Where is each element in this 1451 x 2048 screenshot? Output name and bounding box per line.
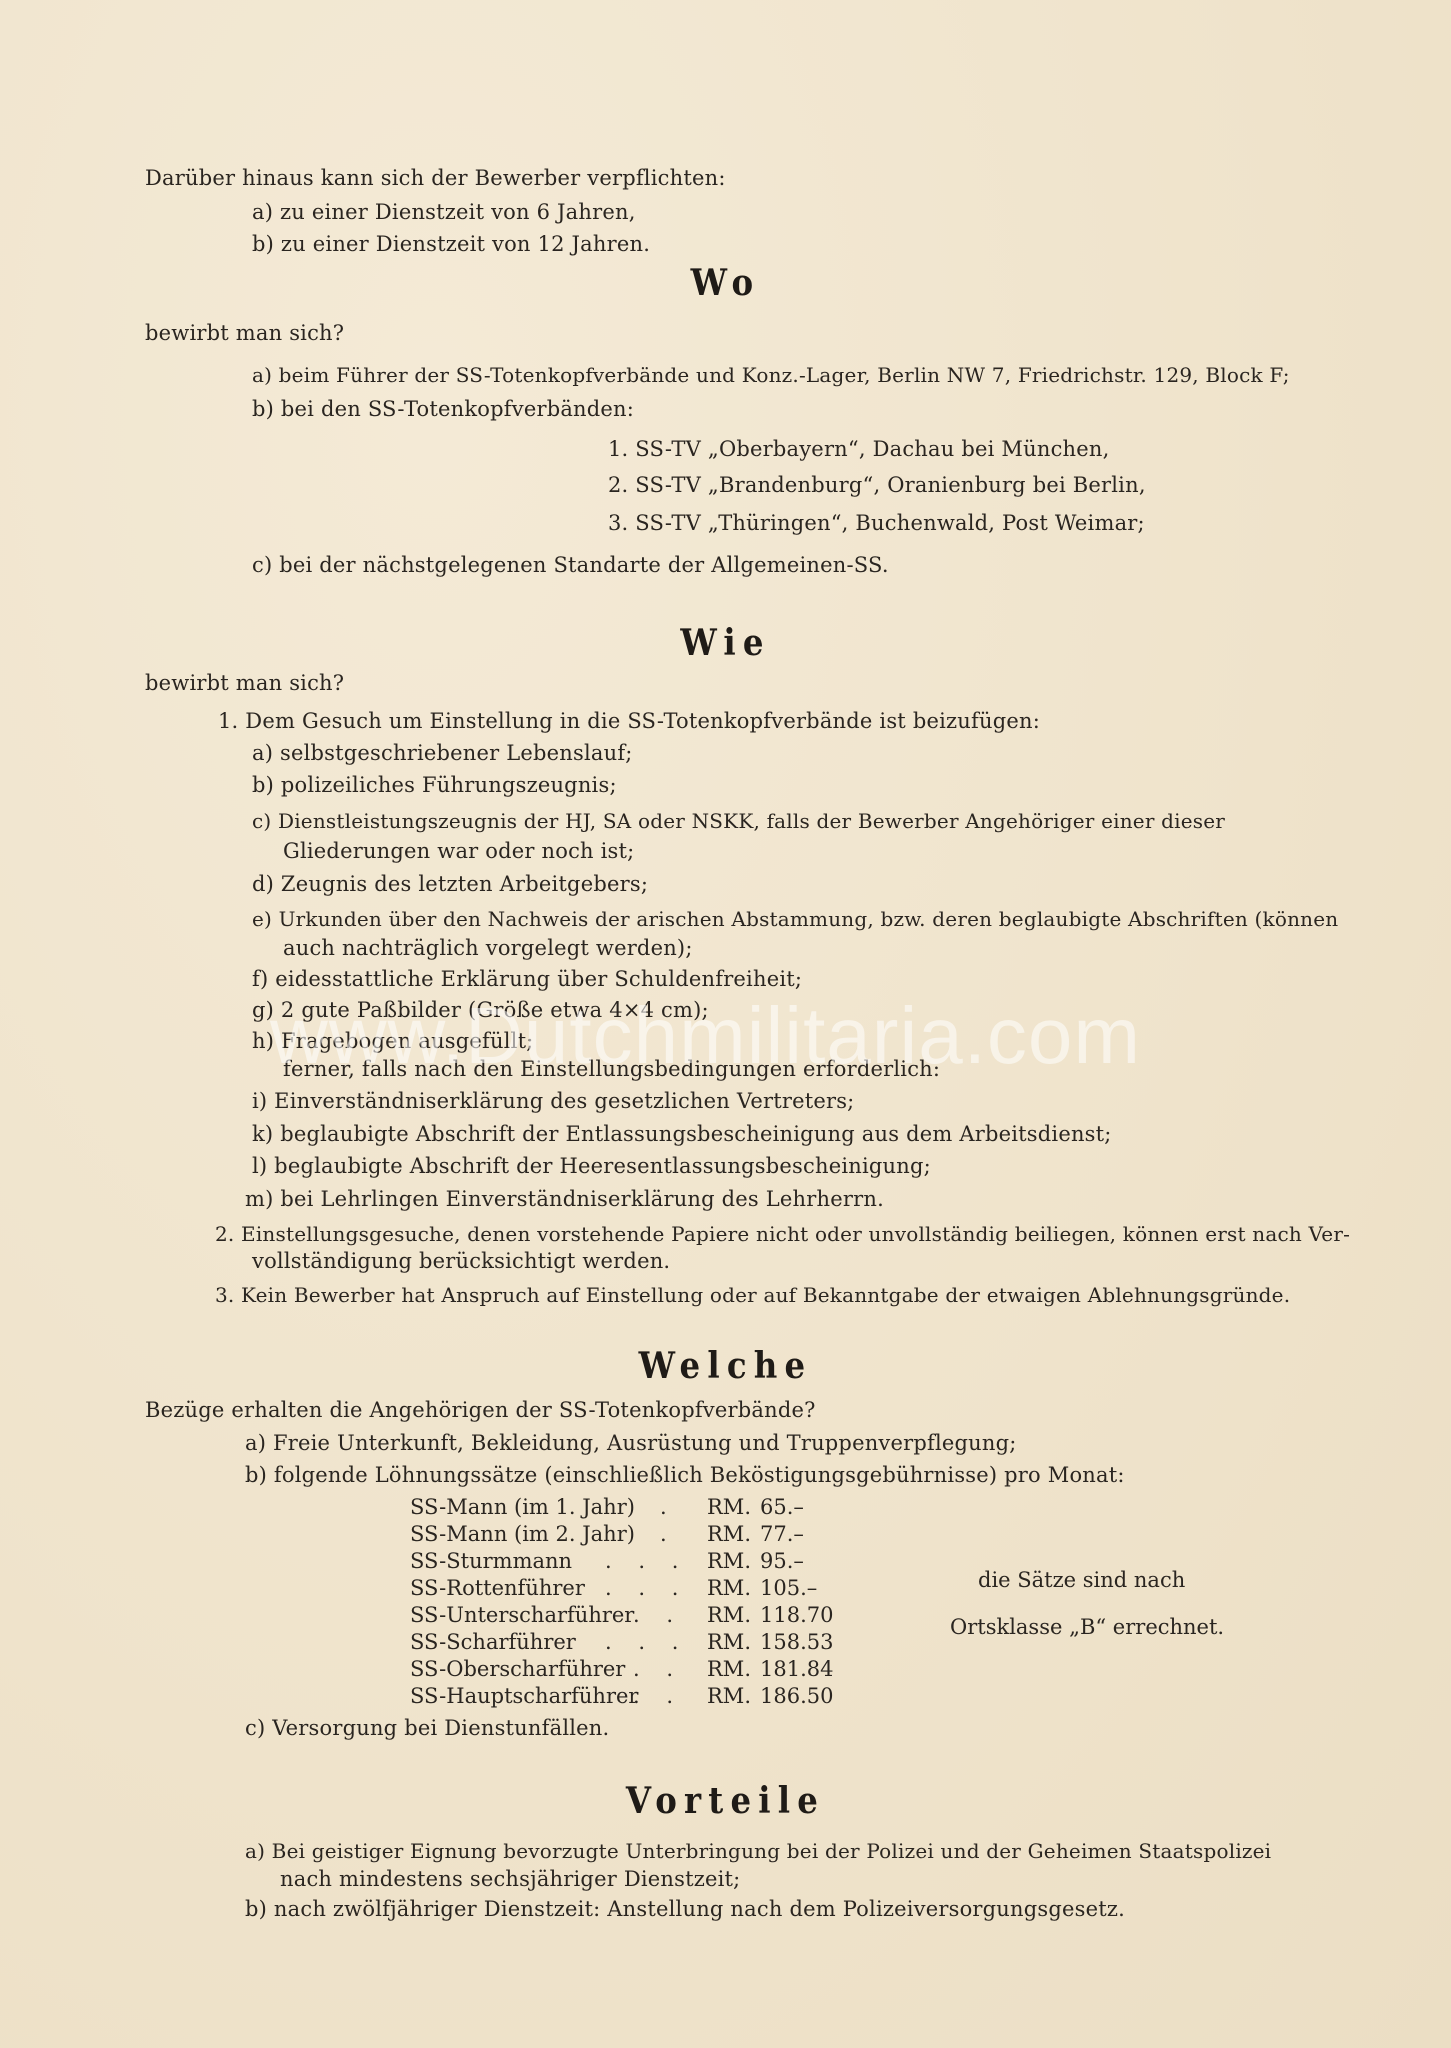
vorteile-item-a2: nach mindestens sechsjähriger Dienstzeit… <box>280 1866 740 1892</box>
wage-currency: RM. <box>707 1548 751 1574</box>
wage-currency: RM. <box>707 1656 751 1682</box>
wage-currency: RM. <box>707 1683 751 1709</box>
wage-amount: 105.– <box>760 1575 817 1601</box>
welche-item-c: c) Versorgung bei Dienstunfällen. <box>245 1715 609 1741</box>
wage-amount: 118.70 <box>760 1602 833 1628</box>
wie-item-1: 1. Dem Gesuch um Einstellung in die SS-T… <box>218 708 1040 734</box>
wie-doc-c1: c) Dienstleistungszeugnis der HJ, SA ode… <box>252 808 1225 834</box>
wage-amount: 77.– <box>760 1521 804 1547</box>
document-page: Darüber hinaus kann sich der Bewerber ve… <box>0 0 1451 2048</box>
wie-doc-e2: auch nachträglich vorgelegt werden); <box>283 935 693 961</box>
wage-rank: SS-Mann (im 1. Jahr) <box>410 1494 635 1520</box>
wie-question: bewirbt man sich? <box>145 670 344 696</box>
wie-doc-g: g) 2 gute Paßbilder (Größe etwa 4×4 cm); <box>252 997 709 1023</box>
wie-doc-k: k) beglaubigte Abschrift der Entlassungs… <box>252 1121 1112 1147</box>
wage-amount: 65.– <box>760 1494 804 1520</box>
wie-doc-i: i) Einverständniserklärung des gesetzlic… <box>252 1088 854 1114</box>
wie-item-2b: vollständigung berücksichtigt werden. <box>252 1248 670 1274</box>
wage-rank: SS-Scharführer <box>410 1629 576 1655</box>
intro-item-b: b) zu einer Dienstzeit von 12 Jahren. <box>252 231 650 257</box>
welche-question: Bezüge erhalten die Angehörigen der SS-T… <box>145 1397 816 1423</box>
wo-item-b: b) bei den SS-Totenkopfverbänden: <box>252 396 634 422</box>
wage-dots: . . <box>633 1602 683 1628</box>
wie-doc-m: m) bei Lehrlingen Einverständniserklärun… <box>245 1186 884 1212</box>
wage-dots: . . <box>633 1656 683 1682</box>
wage-dots: . . . <box>605 1575 688 1601</box>
wage-note-line-1: die Sätze sind nach <box>978 1567 1185 1593</box>
wage-amount: 95.– <box>760 1548 804 1574</box>
wie-doc-a: a) selbstgeschriebener Lebenslauf; <box>252 740 633 766</box>
wie-doc-e1: e) Urkunden über den Nachweis der arisch… <box>252 906 1338 932</box>
wage-currency: RM. <box>707 1602 751 1628</box>
wie-doc-ferner: ferner, falls nach den Einstellungsbedin… <box>283 1056 940 1082</box>
wage-note-line-2: Ortsklasse „B“ errechnet. <box>950 1614 1224 1640</box>
wo-unit-2: 2. SS-TV „Brandenburg“, Oranienburg bei … <box>608 472 1146 498</box>
wage-rank: SS-Unterscharführer <box>410 1602 634 1628</box>
wage-dots: . . . <box>605 1629 688 1655</box>
heading-vorteile: Vorteile <box>73 1780 1379 1822</box>
wage-dots: . . . <box>605 1548 688 1574</box>
wie-doc-b: b) polizeiliches Führungszeugnis; <box>252 772 617 798</box>
wie-item-3: 3. Kein Bewerber hat Anspruch auf Einste… <box>215 1282 1290 1308</box>
welche-item-a: a) Freie Unterkunft, Bekleidung, Ausrüst… <box>245 1430 1017 1456</box>
vorteile-item-b: b) nach zwölfjähriger Dienstzeit: Anstel… <box>245 1896 1125 1922</box>
wo-item-a: a) beim Führer der SS-Totenkopfverbände … <box>252 362 1290 388</box>
heading-welche: Welche <box>73 1345 1379 1387</box>
wage-dots: . <box>660 1521 677 1547</box>
wage-rank: SS-Hauptscharführer <box>410 1683 638 1709</box>
wie-doc-l: l) beglaubigte Abschrift der Heeresentla… <box>252 1153 931 1179</box>
wage-amount: 181.84 <box>760 1656 833 1682</box>
wage-rank: SS-Oberscharführer <box>410 1656 625 1682</box>
intro-lead: Darüber hinaus kann sich der Bewerber ve… <box>145 165 726 191</box>
wie-item-2a: 2. Einstellungsgesuche, denen vorstehend… <box>215 1221 1350 1247</box>
wage-currency: RM. <box>707 1575 751 1601</box>
wage-dots: . <box>660 1494 677 1520</box>
wage-amount: 186.50 <box>760 1683 833 1709</box>
wie-doc-c2: Gliederungen war oder noch ist; <box>283 838 634 864</box>
wo-unit-1: 1. SS-TV „Oberbayern“, Dachau bei Münche… <box>608 436 1109 462</box>
vorteile-item-a1: a) Bei geistiger Eignung bevorzugte Unte… <box>245 1838 1271 1864</box>
wie-doc-f: f) eidesstattliche Erklärung über Schuld… <box>252 966 802 992</box>
wage-currency: RM. <box>707 1494 751 1520</box>
wage-rank: SS-Mann (im 2. Jahr) <box>410 1521 635 1547</box>
heading-wo: Wo <box>73 262 1379 304</box>
wage-rank: SS-Sturmmann <box>410 1548 572 1574</box>
wie-doc-d: d) Zeugnis des letzten Arbeitgebers; <box>252 871 648 897</box>
wo-item-c: c) bei der nächstgelegenen Standarte der… <box>252 552 889 578</box>
wage-dots: . . <box>633 1683 683 1709</box>
wage-currency: RM. <box>707 1521 751 1547</box>
wage-amount: 158.53 <box>760 1629 833 1655</box>
wo-question: bewirbt man sich? <box>145 320 344 346</box>
welche-item-b: b) folgende Löhnungssätze (einschließlic… <box>245 1462 1125 1488</box>
wage-currency: RM. <box>707 1629 751 1655</box>
heading-wie: Wie <box>73 622 1379 664</box>
wo-unit-3: 3. SS-TV „Thüringen“, Buchenwald, Post W… <box>608 510 1145 536</box>
wage-rank: SS-Rottenführer <box>410 1575 585 1601</box>
wie-doc-h: h) Fragebogen ausgefüllt; <box>252 1028 534 1054</box>
intro-item-a: a) zu einer Dienstzeit von 6 Jahren, <box>252 199 636 225</box>
